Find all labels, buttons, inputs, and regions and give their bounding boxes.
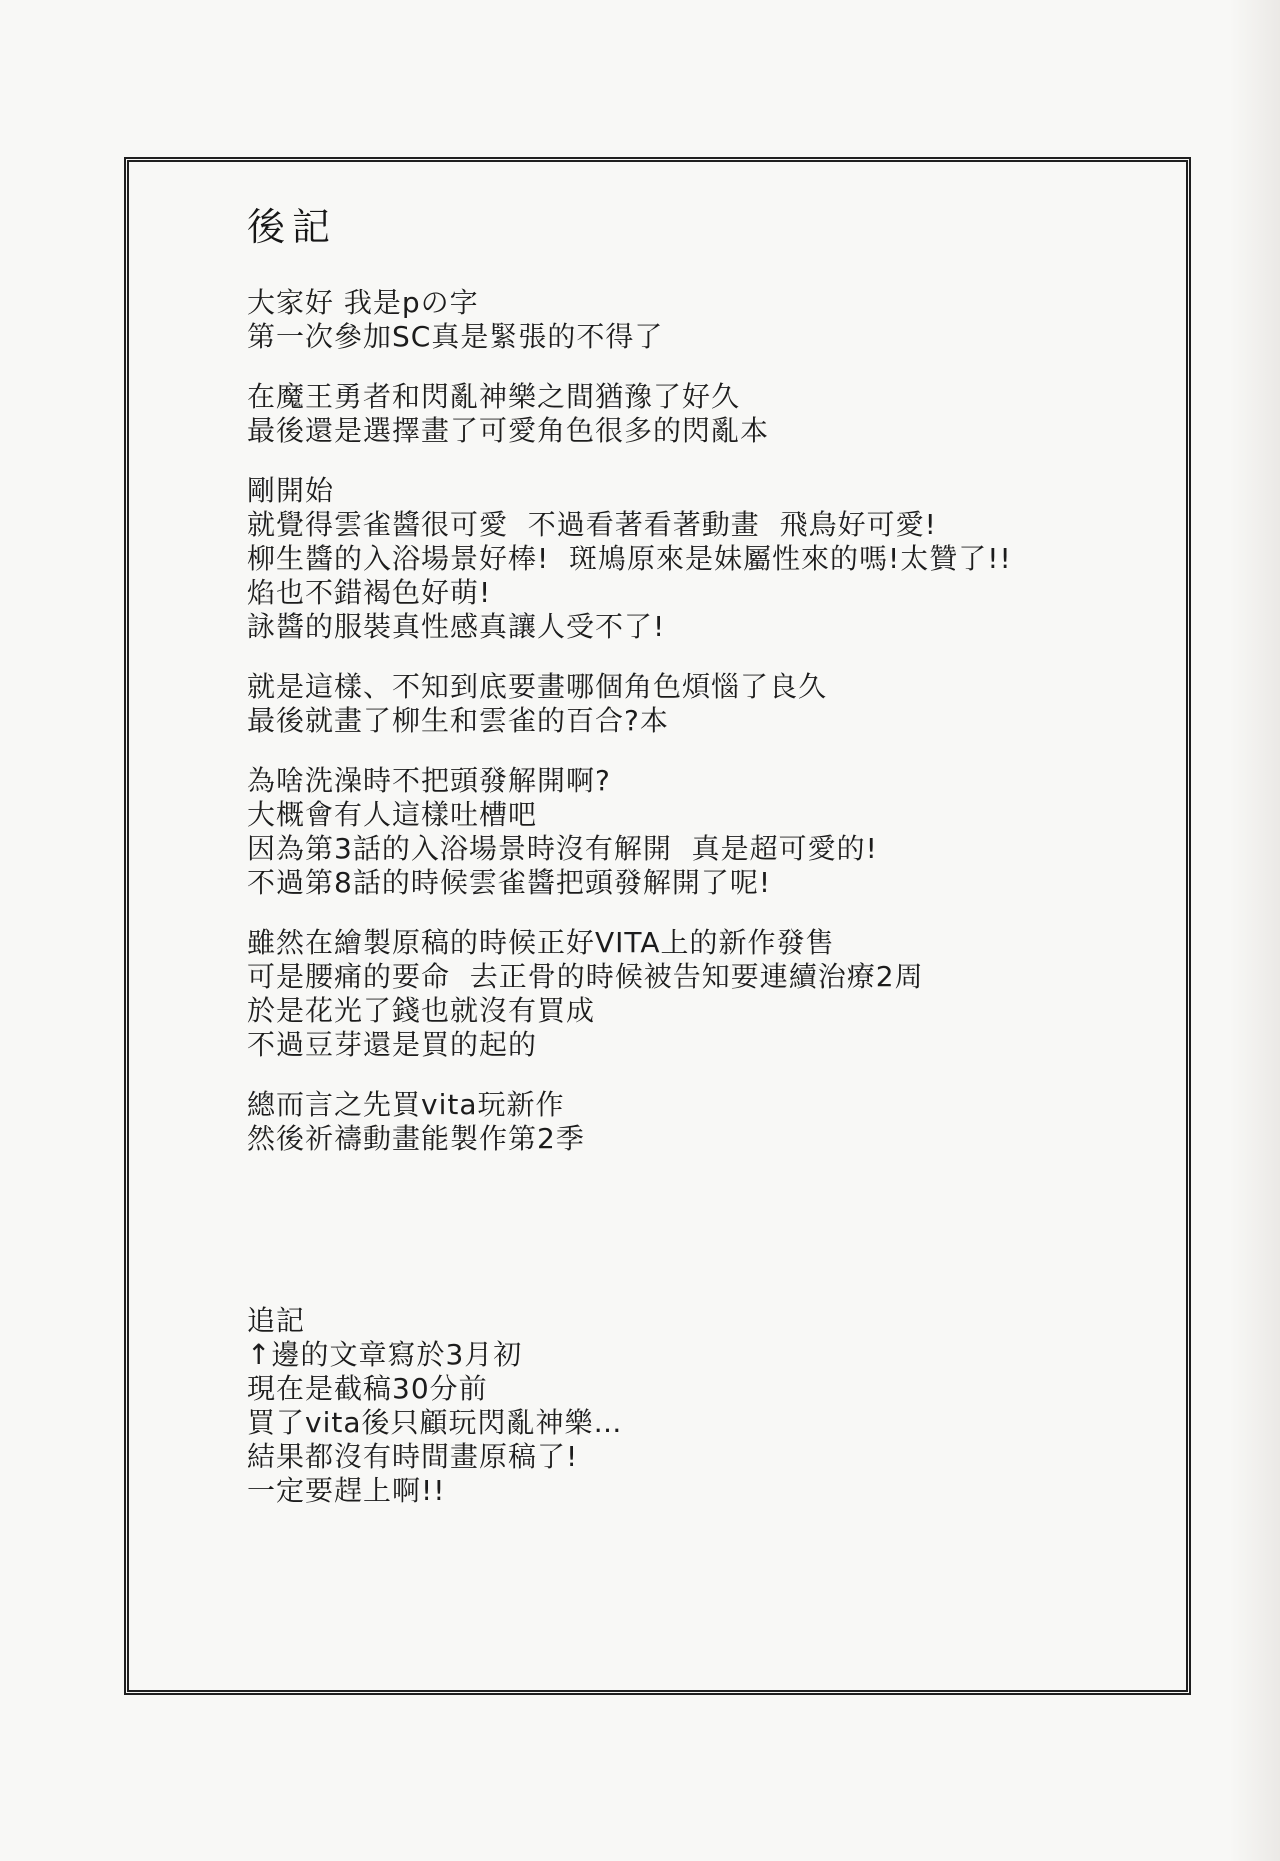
paragraph-vita: 雖然在繪製原稿的時候正好VITA上的新作發售 可是腰痛的要命 去正骨的時候被告知… [247,926,1156,1062]
page-title: 後記 [247,206,1156,248]
text-line: 一定要趕上啊!! [247,1474,1156,1508]
scanned-page-background: 後記 大家好 我是pの字 第一次參加SC真是緊張的不得了 在魔王勇者和閃亂神樂之… [0,0,1280,1861]
text-line: 柳生醬的入浴場景好棒! 斑鳩原來是妹屬性來的嗎!太贊了!! [247,542,1156,576]
text-line: 詠醬的服裝真性感真讓人受不了! [247,610,1156,644]
text-line: 為啥洗澡時不把頭發解開啊? [247,764,1156,798]
text-line: 雖然在繪製原稿的時候正好VITA上的新作發售 [247,926,1156,960]
text-line: 大家好 我是pの字 [247,286,1156,320]
text-line: 大概會有人這樣吐槽吧 [247,798,1156,832]
paragraph-decision: 就是這樣、不知到底要畫哪個角色煩惱了良久 最後就畫了柳生和雲雀的百合?本 [247,670,1156,738]
text-line: 最後還是選擇畫了可愛角色很多的閃亂本 [247,414,1156,448]
paragraph-hair: 為啥洗澡時不把頭發解開啊? 大概會有人這樣吐槽吧 因為第3話的入浴場景時沒有解開… [247,764,1156,900]
text-line: 剛開始 [247,474,1156,508]
text-line: ↑邊的文章寫於3月初 [247,1338,1156,1372]
text-line: 然後祈禱動畫能製作第2季 [247,1122,1156,1156]
paragraph-choice: 在魔王勇者和閃亂神樂之間猶豫了好久 最後還是選擇畫了可愛角色很多的閃亂本 [247,380,1156,448]
text-line: 在魔王勇者和閃亂神樂之間猶豫了好久 [247,380,1156,414]
text-line: 就覺得雲雀醬很可愛 不過看著看著動畫 飛鳥好可愛! [247,508,1156,542]
text-line: 就是這樣、不知到底要畫哪個角色煩惱了良久 [247,670,1156,704]
text-line: 因為第3話的入浴場景時沒有解開 真是超可愛的! [247,832,1156,866]
paragraph-greeting: 大家好 我是pの字 第一次參加SC真是緊張的不得了 [247,286,1156,354]
text-line: 現在是截稿30分前 [247,1372,1156,1406]
paragraph-postscript: 追記 ↑邊的文章寫於3月初 現在是截稿30分前 買了vita後只顧玩閃亂神樂… … [247,1304,1156,1508]
text-line: 買了vita後只顧玩閃亂神樂… [247,1406,1156,1440]
text-line: 第一次參加SC真是緊張的不得了 [247,320,1156,354]
afterword-frame: 後記 大家好 我是pの字 第一次參加SC真是緊張的不得了 在魔王勇者和閃亂神樂之… [124,157,1191,1695]
text-line: 可是腰痛的要命 去正骨的時候被告知要連續治療2周 [247,960,1156,994]
text-line: 總而言之先買vita玩新作 [247,1088,1156,1122]
text-line: 最後就畫了柳生和雲雀的百合?本 [247,704,1156,738]
text-line: 不過第8話的時候雲雀醬把頭發解開了呢! [247,866,1156,900]
text-line: 追記 [247,1304,1156,1338]
text-line: 不過豆芽還是買的起的 [247,1028,1156,1062]
paragraph-wish: 總而言之先買vita玩新作 然後祈禱動畫能製作第2季 [247,1088,1156,1156]
paragraph-characters: 剛開始 就覺得雲雀醬很可愛 不過看著看著動畫 飛鳥好可愛! 柳生醬的入浴場景好棒… [247,474,1156,644]
text-line: 焰也不錯褐色好萌! [247,576,1156,610]
text-line: 結果都沒有時間畫原稿了! [247,1440,1156,1474]
text-line: 於是花光了錢也就沒有買成 [247,994,1156,1028]
